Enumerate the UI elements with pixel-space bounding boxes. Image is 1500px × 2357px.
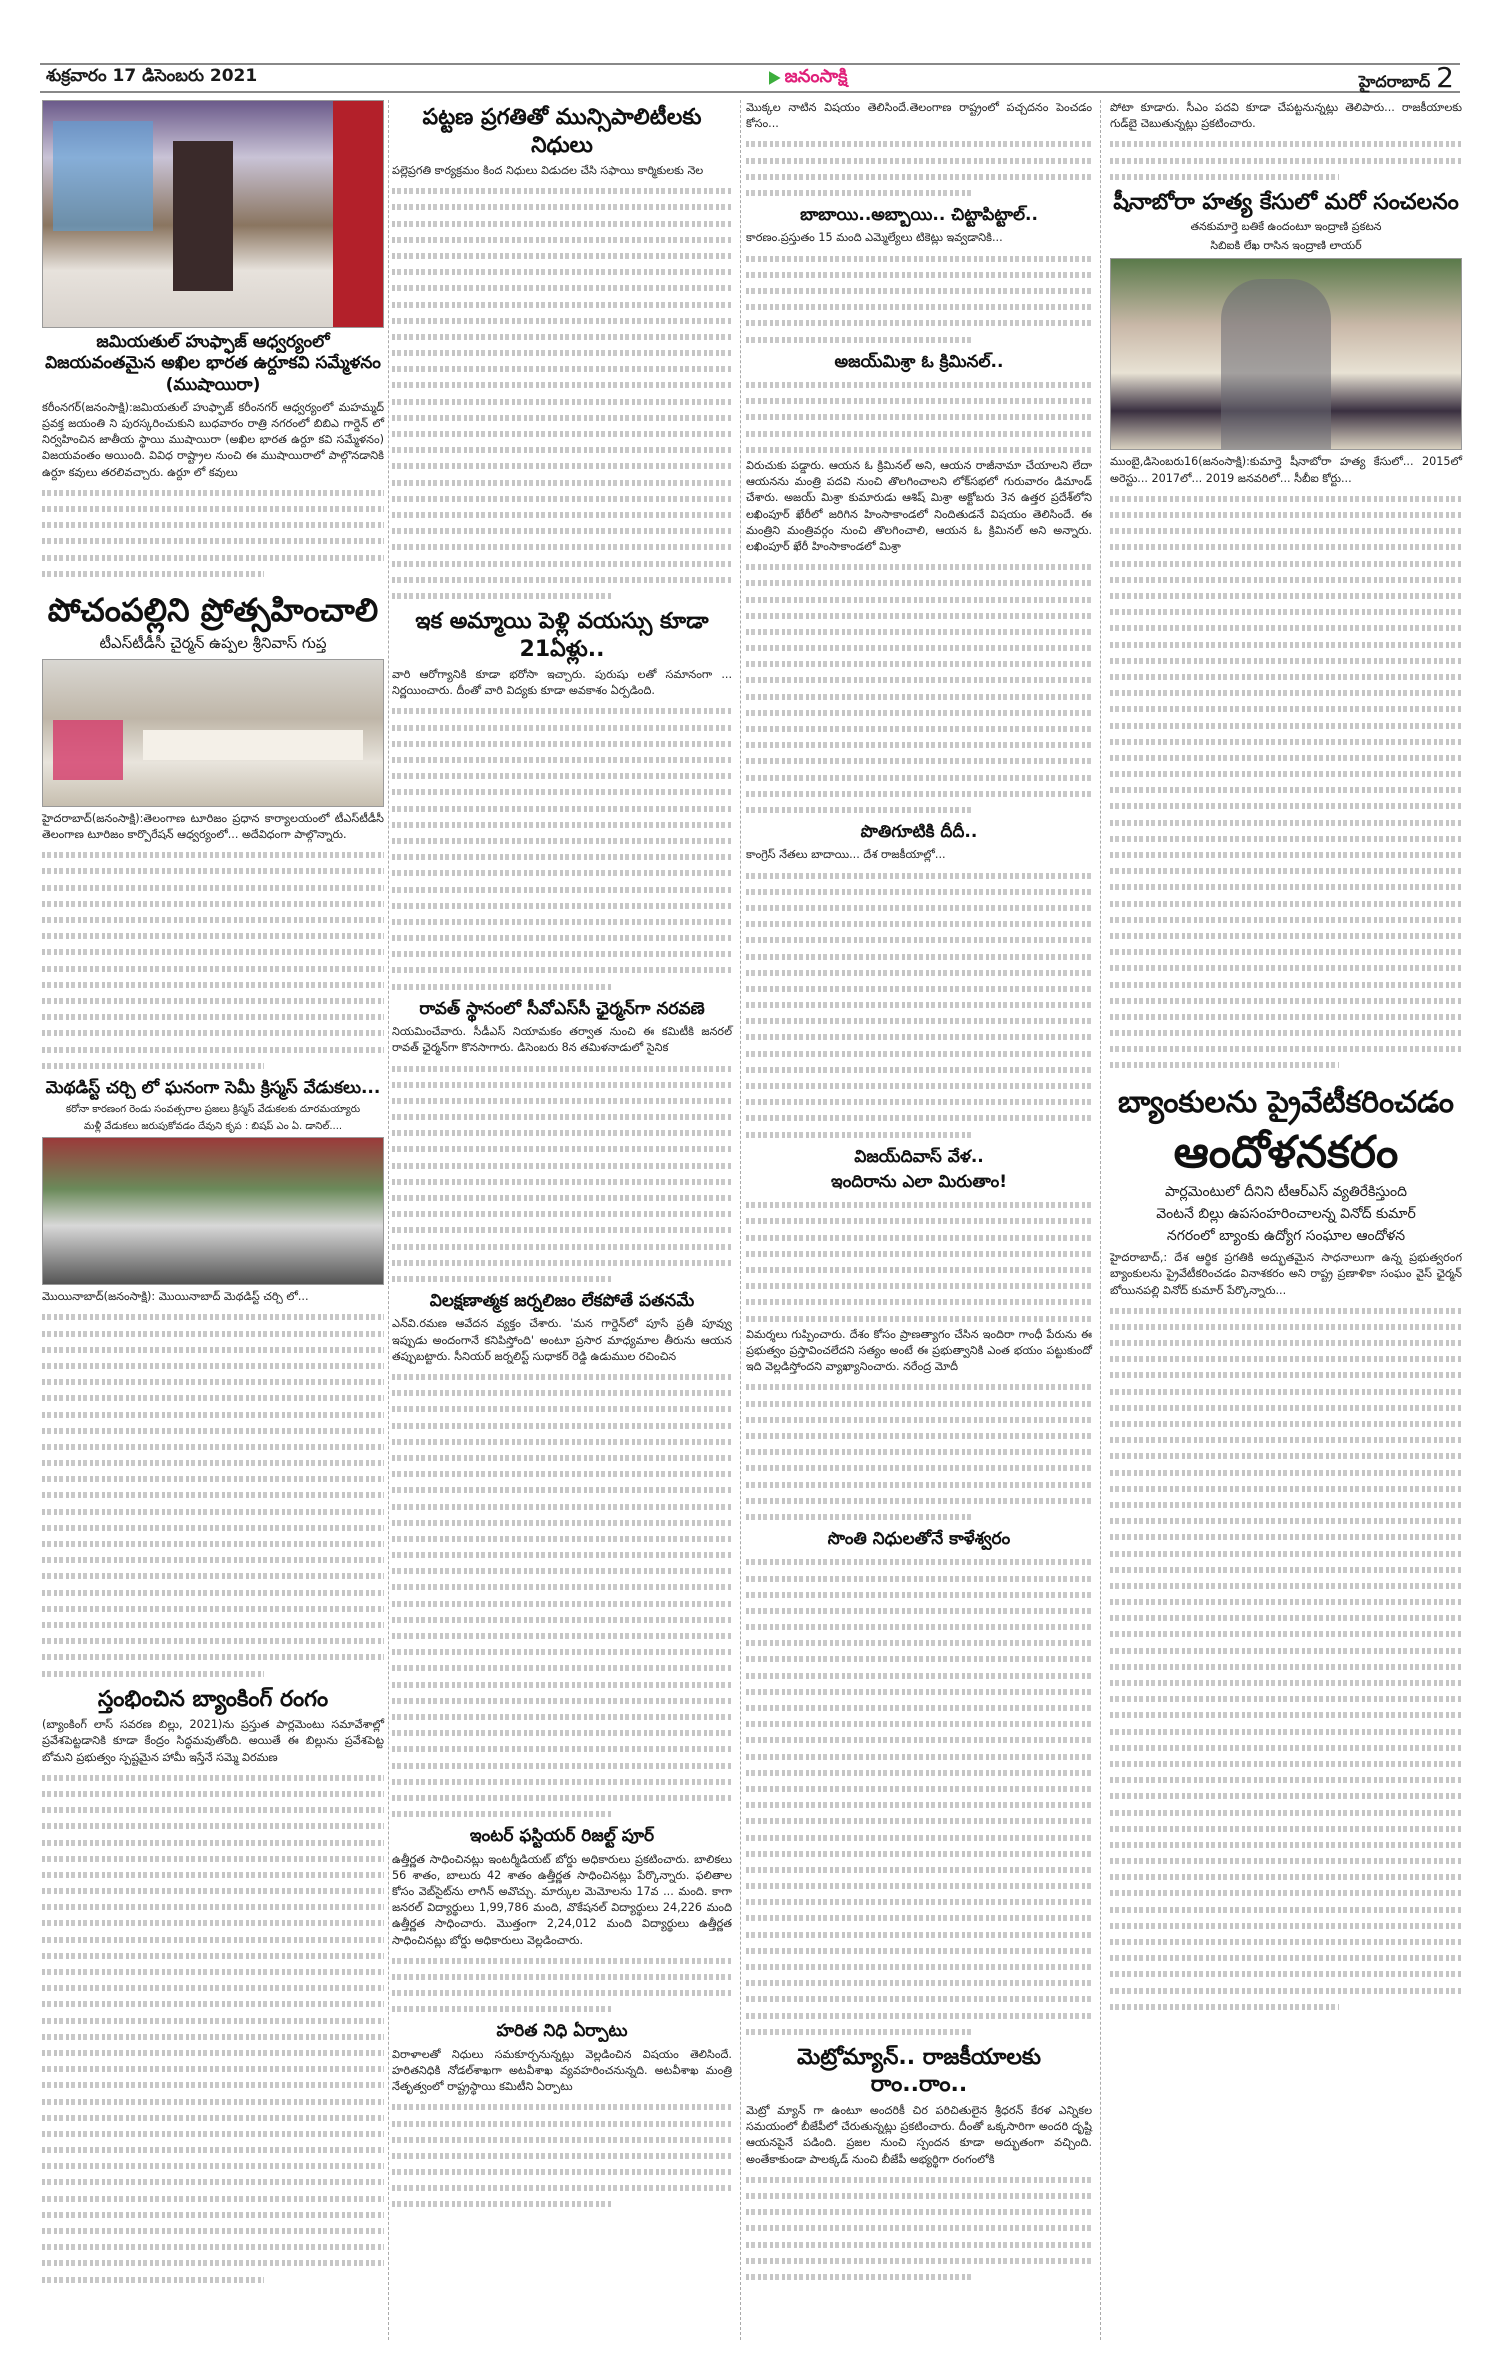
newspaper-logo: జనంసాక్షి bbox=[769, 66, 848, 91]
headline-kaleshwaram: సొంతి నిధులతోనే కాళేశ్వరం bbox=[746, 1529, 1092, 1550]
column-4: పోటా కూడారు. సీఎం పదవి కూడా చేపట్టనున్నట… bbox=[1110, 100, 1462, 2015]
article-body: మొయినాబాద్(జనంసాక్షి): మొయినాబాద్ మెథడిస… bbox=[42, 1289, 384, 1305]
article-body: ఎన్‌వి.రమణ ఆవేదన వ్యక్తం చేశారు. 'మన గార… bbox=[392, 1316, 732, 1365]
church-celebration-photo bbox=[42, 1137, 384, 1285]
headline-mushaira: జమియతుల్ హుఫ్ఫాజ్ ఆధ్వర్యంలో విజయవంతమైన … bbox=[42, 332, 384, 396]
headline-naravane: రావత్ స్థానంలో సీవోఎస్‌సీ ఛైర్మన్‌గా నరవ… bbox=[392, 999, 732, 1020]
logo-text: జనంసాక్షి bbox=[785, 66, 848, 91]
edition-info: హైదరాబాద్ 2 bbox=[1359, 61, 1454, 95]
article-body: వారి ఆరోగ్యానికి కూడా భరోసా ఇచ్చారు. పుర… bbox=[392, 667, 732, 699]
article-body: హైదరాబాద్,: దేశ ఆర్థిక ప్రగతికి అద్భుతమై… bbox=[1110, 1250, 1462, 1299]
headline-municipal-funds: పట్టణ ప్రగతితో మున్సిపాలిటీలకు నిధులు bbox=[392, 104, 732, 159]
subheadline: నగరంలో బ్యాంకు ఉద్యోగ సంఘాల ఆందోళన bbox=[1110, 1228, 1462, 1247]
article-body: కాంగ్రెస్ నేతలు బాదాయి... దేశ రాజకీయాల్ల… bbox=[746, 847, 1092, 863]
leaf-icon bbox=[769, 71, 781, 85]
article-body: హైదరాబాద్(జనంసాక్షి):తెలంగాణ టూరిజం ప్రధ… bbox=[42, 811, 384, 843]
headline-banking-sector: స్తంభించిన బ్యాంకింగ్ రంగం bbox=[42, 1686, 384, 1714]
column-divider bbox=[388, 100, 389, 2340]
subheadline: కరోనా కారణంగ రెండు సంవత్సరాల ప్రజలు క్రి… bbox=[42, 1103, 384, 1117]
headline-pochampally: పోచంపల్లిని ప్రోత్సహించాలి bbox=[42, 590, 384, 630]
tstdc-meeting-photo bbox=[42, 659, 384, 807]
article-body: మొక్కల నాటిన విషయం తెలిసిందే.తెలంగాణ రాష… bbox=[746, 100, 1092, 132]
subheadline: టీఎస్‌టీడీసీ చైర్మన్ ఉప్పల శ్రీనివాస్ గు… bbox=[42, 634, 384, 656]
headline-harita-nidhi: హరిత నిధి ఏర్పాటు bbox=[392, 2021, 732, 2042]
article-body: పల్లెప్రగతి కార్యక్రమం కింద నిధులు విడుద… bbox=[392, 163, 732, 179]
article-body: (బ్యాంకింగ్ లాస్ సవరణ బిల్లు, 2021)ను ప్… bbox=[42, 1717, 384, 1766]
column-divider bbox=[740, 100, 741, 2340]
headline-sheena-bora: షీనాబోరా హత్య కేసులో మరో సంచలనం bbox=[1110, 189, 1462, 217]
headline-methodist-church: మెథడిస్ట్ చర్చి లో ఘనంగా సెమీ క్రిస్మస్ … bbox=[42, 1078, 384, 1099]
article-body: విరుచుకు పడ్డారు. ఆయన ఓ క్రిమినల్ అని, ఆ… bbox=[746, 458, 1092, 555]
headline-didi: పొతిగూటికి దీదీ.. bbox=[746, 822, 1092, 843]
indrani-police-photo bbox=[1110, 258, 1462, 450]
subheadline: మళ్లీ వేడుకలు జరుపుకోవడం దేవుని కృప : బి… bbox=[42, 1120, 384, 1134]
headline-bank-privatization-2: ఆందోళనకరం bbox=[1110, 1125, 1462, 1180]
headline-inter-results: ఇంటర్ ఫస్టియర్ రిజల్ట్ పూర్ bbox=[392, 1826, 732, 1847]
musha-ira-speaker-photo bbox=[42, 100, 384, 328]
column-3: మొక్కల నాటిన విషయం తెలిసిందే.తెలంగాణ రాష… bbox=[746, 100, 1092, 2285]
headline-journalism: విలక్షణాత్మక జర్నలిజం లేకపోతే పతనమే bbox=[392, 1291, 732, 1312]
headline-babai-abbai: బాబాయి..అబ్బాయి.. చిట్టాపిట్టాల్.. bbox=[746, 205, 1092, 226]
article-body: ముంబై,డిసెంబరు16(జనంసాక్షి):కుమార్తె షీన… bbox=[1110, 454, 1462, 486]
article-body: ఉత్తీర్ణత సాధించినట్లు ఇంటర్మీడియట్ బోర్… bbox=[392, 1852, 732, 1949]
issue-date: శుక్రవారం 17 డిసెంబరు 2021 bbox=[46, 66, 257, 90]
article-body: విరాళాలతో నిధులు సమకూర్చనున్నట్లు వెల్లడ… bbox=[392, 2047, 732, 2096]
article-body: నియమించేవారు. సీడీఎస్ నియామకం తర్వాత నుం… bbox=[392, 1024, 732, 1056]
article-body: పోటా కూడారు. సీఎం పదవి కూడా చేపట్టనున్నట… bbox=[1110, 100, 1462, 132]
subheadline: తనకుమార్తె బతికే ఉందంటూ ఇంద్రాణి ప్రకటన bbox=[1110, 220, 1462, 236]
headline-metroman: మెట్రోమ్యాన్.. రాజకీయాలకు రాం..రాం.. bbox=[746, 2044, 1092, 2099]
headline-vijay-diwas: విజయ్‌దివాస్ వేళ.. bbox=[746, 1147, 1092, 1168]
subheadline: వెంటనే బిల్లు ఉపసంహరించాలన్న వినోద్ కుమా… bbox=[1110, 1206, 1462, 1225]
article-body: విమర్శలు గుప్పించారు. దేశం కోసం ప్రాణత్య… bbox=[746, 1327, 1092, 1376]
page-number: 2 bbox=[1436, 61, 1454, 94]
column-divider bbox=[1100, 100, 1101, 2340]
article-body: మెట్రో మ్యాన్ గా ఉంటూ అందరికీ చిర పరిచిత… bbox=[746, 2103, 1092, 2168]
article-body: కరీంనగర్(జనంసాక్షి):జమియతుల్ హుఫ్ఫాజ్ కర… bbox=[42, 400, 384, 481]
headline-marriage-age: ఇక అమ్మాయి పెళ్లి వయస్సు కూడా 21ఏళ్లు.. bbox=[392, 608, 732, 663]
column-1: జమియతుల్ హుఫ్ఫాజ్ ఆధ్వర్యంలో విజయవంతమైన … bbox=[42, 100, 384, 2288]
masthead: శుక్రవారం 17 డిసెంబరు 2021 జనంసాక్షి హైద… bbox=[40, 63, 1460, 93]
article-text-block bbox=[42, 485, 384, 582]
subheadline: సిబిఐకి లేఖ రాసిన ఇంద్రాణి లాయర్ bbox=[1110, 239, 1462, 255]
headline-ajay-mishra: అజయ్‌మిశ్రా ఓ క్రిమినల్.. bbox=[746, 352, 1092, 373]
edition-name: హైదరాబాద్ bbox=[1359, 72, 1430, 95]
column-2: పట్టణ ప్రగతితో మున్సిపాలిటీలకు నిధులు పల… bbox=[392, 100, 732, 2213]
subheadline: పార్లమెంటులో దీనిని టీఆర్‌ఎస్ వ్యతిరేకిస… bbox=[1110, 1184, 1462, 1203]
headline-bank-privatization-1: బ్యాంకులను ప్రైవేటీకరించడం bbox=[1110, 1084, 1462, 1122]
article-body: కారణం.ప్రస్తుతం 15 మంది ఎమ్మెల్యేలు టికె… bbox=[746, 230, 1092, 246]
subheadline-indira: ఇందిరాను ఎలా మిరుతాం! bbox=[746, 1172, 1092, 1193]
